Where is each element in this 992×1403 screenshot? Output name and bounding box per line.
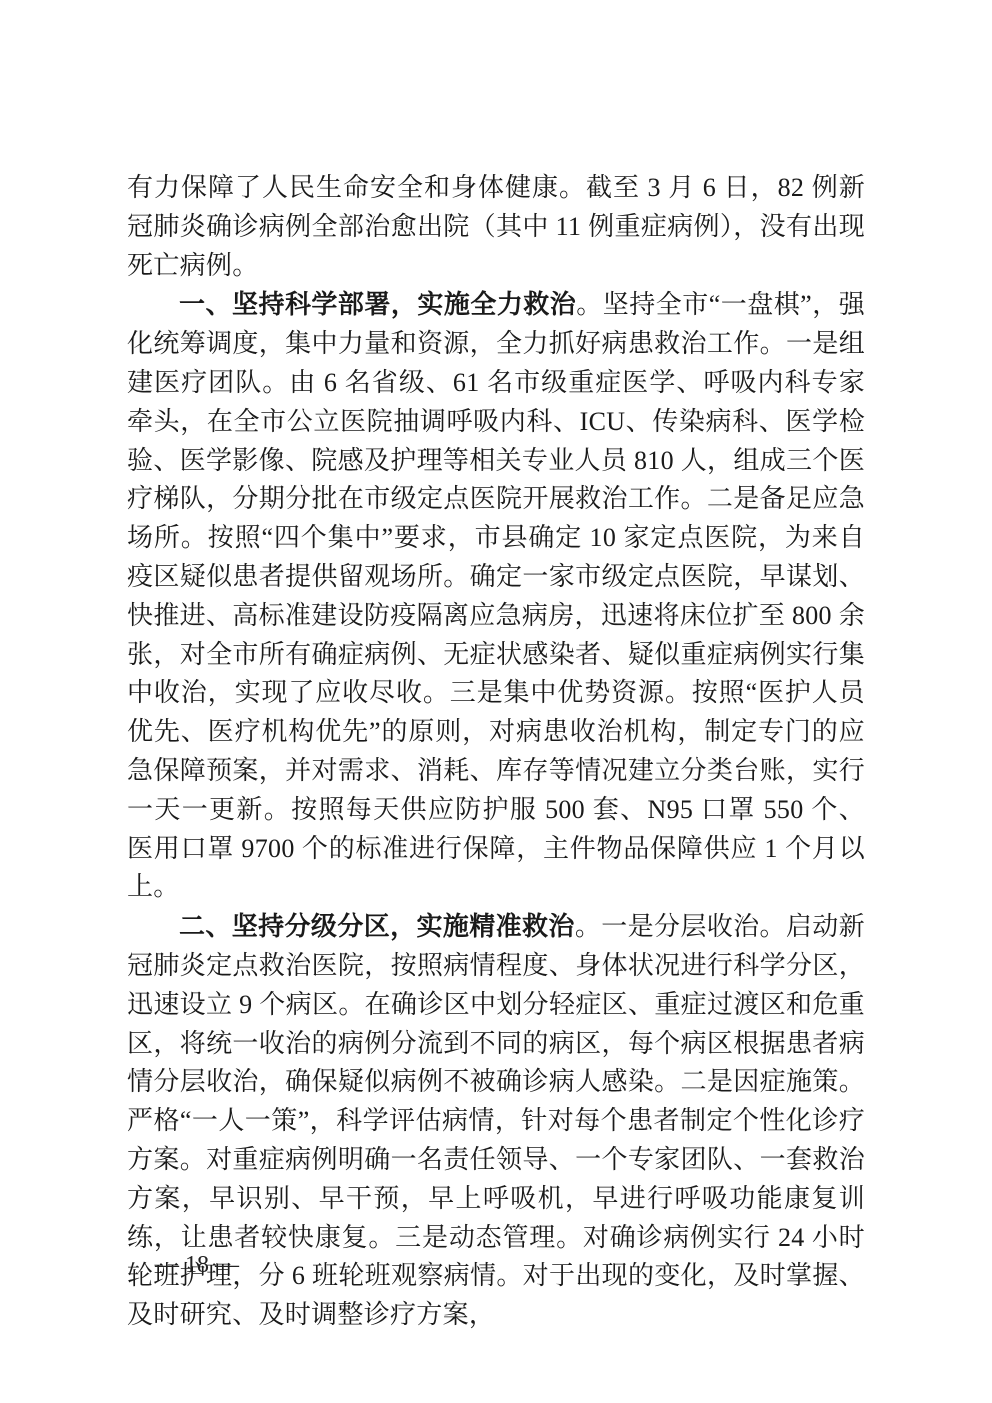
document-page: 有力保障了人民生命安全和身体健康。截至 3 月 6 日，82 例新冠肺炎确诊病例… [0, 0, 992, 1403]
page-number: — 18 — [155, 1252, 239, 1278]
paragraph-text: 有力保障了人民生命安全和身体健康。截至 3 月 6 日，82 例新冠肺炎确诊病例… [127, 173, 865, 280]
section-heading: 二、坚持分级分区，实施精准救治 [179, 911, 575, 941]
section-heading: 一、坚持科学部署，实施全力救治 [179, 289, 576, 319]
paragraph-intro-continuation: 有力保障了人民生命安全和身体健康。截至 3 月 6 日，82 例新冠肺炎确诊病例… [127, 169, 865, 285]
paragraph-text: 。坚持全市“一盘棋”，强化统筹调度，集中力量和资源，全力抓好病患救治工作。一是组… [127, 290, 865, 901]
page-footer: — 18 — [155, 1249, 239, 1281]
document-body: 有力保障了人民生命安全和身体健康。截至 3 月 6 日，82 例新冠肺炎确诊病例… [127, 169, 865, 1335]
paragraph-section-1: 一、坚持科学部署，实施全力救治。坚持全市“一盘棋”，强化统筹调度，集中力量和资源… [127, 285, 865, 907]
